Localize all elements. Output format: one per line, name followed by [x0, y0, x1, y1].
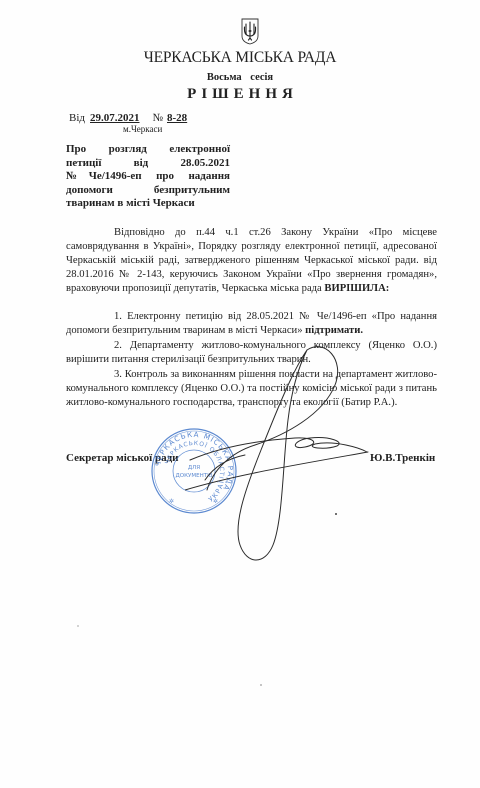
- city-label: м.Черкаси: [123, 124, 162, 134]
- round-seal-stamp-icon: ЧЕРКАСЬКА МІСЬКА РАДА ЧЕРКАСЬКОЇ ОБЛАСТІ…: [150, 427, 238, 515]
- decision-subject: Про розгляд електронної петиції від 28.0…: [66, 143, 230, 211]
- date-label: Від: [69, 112, 85, 124]
- number-label: №: [153, 112, 164, 124]
- svg-text:✲: ✲: [213, 498, 218, 505]
- item-bold-tail: підтримати.: [305, 325, 363, 336]
- item-text: 3. Контроль за виконанням рішення поклас…: [66, 369, 437, 408]
- document-type-title: РІШЕННЯ: [0, 86, 480, 103]
- stamp-center-line2: ДОКУМЕНТІВ: [176, 473, 213, 479]
- council-name: ЧЕРКАСЬКА МІСЬКА РАДА: [0, 49, 480, 67]
- date-number-line: Від29.07.2021№8-28: [69, 112, 187, 124]
- subject-line: Про розгляд електронної: [66, 143, 230, 157]
- session-label: Восьма сесія: [0, 72, 480, 83]
- document-page: ЧЕРКАСЬКА МІСЬКА РАДА Восьма сесія РІШЕН…: [0, 0, 480, 788]
- scan-speck: [260, 684, 262, 686]
- item-text: 2. Департаменту житлово-комунального ком…: [66, 340, 437, 365]
- decision-item-2: 2. Департаменту житлово-комунального ком…: [66, 339, 437, 367]
- number-value: 8-28: [167, 112, 187, 124]
- trident-coat-of-arms-icon: [241, 18, 259, 45]
- stamp-center-line1: ДЛЯ: [188, 465, 200, 471]
- signatory-name: Ю.В.Тренкін: [370, 452, 435, 464]
- item-text: 1. Електронну петицію від 28.05.2021 № Ч…: [66, 311, 437, 336]
- subject-line: петиції від 28.05.2021: [66, 157, 230, 171]
- date-value: 29.07.2021: [90, 112, 140, 124]
- subject-line: допомоги безпритульним: [66, 184, 230, 198]
- decision-word: ВИРІШИЛА:: [324, 283, 389, 294]
- decision-item-3: 3. Контроль за виконанням рішення поклас…: [66, 368, 437, 410]
- decision-item-1: 1. Електронну петицію від 28.05.2021 № Ч…: [66, 310, 437, 338]
- subject-line: тваринам в місті Черкаси: [66, 197, 230, 211]
- subject-line: №Че/1496-еп про надання: [66, 170, 230, 184]
- scan-speck: [335, 513, 337, 515]
- preamble-paragraph: Відповідно до п.44 ч.1 ст.26 Закону Укра…: [66, 226, 437, 296]
- svg-text:✲: ✲: [169, 498, 174, 505]
- scan-speck: [77, 625, 79, 627]
